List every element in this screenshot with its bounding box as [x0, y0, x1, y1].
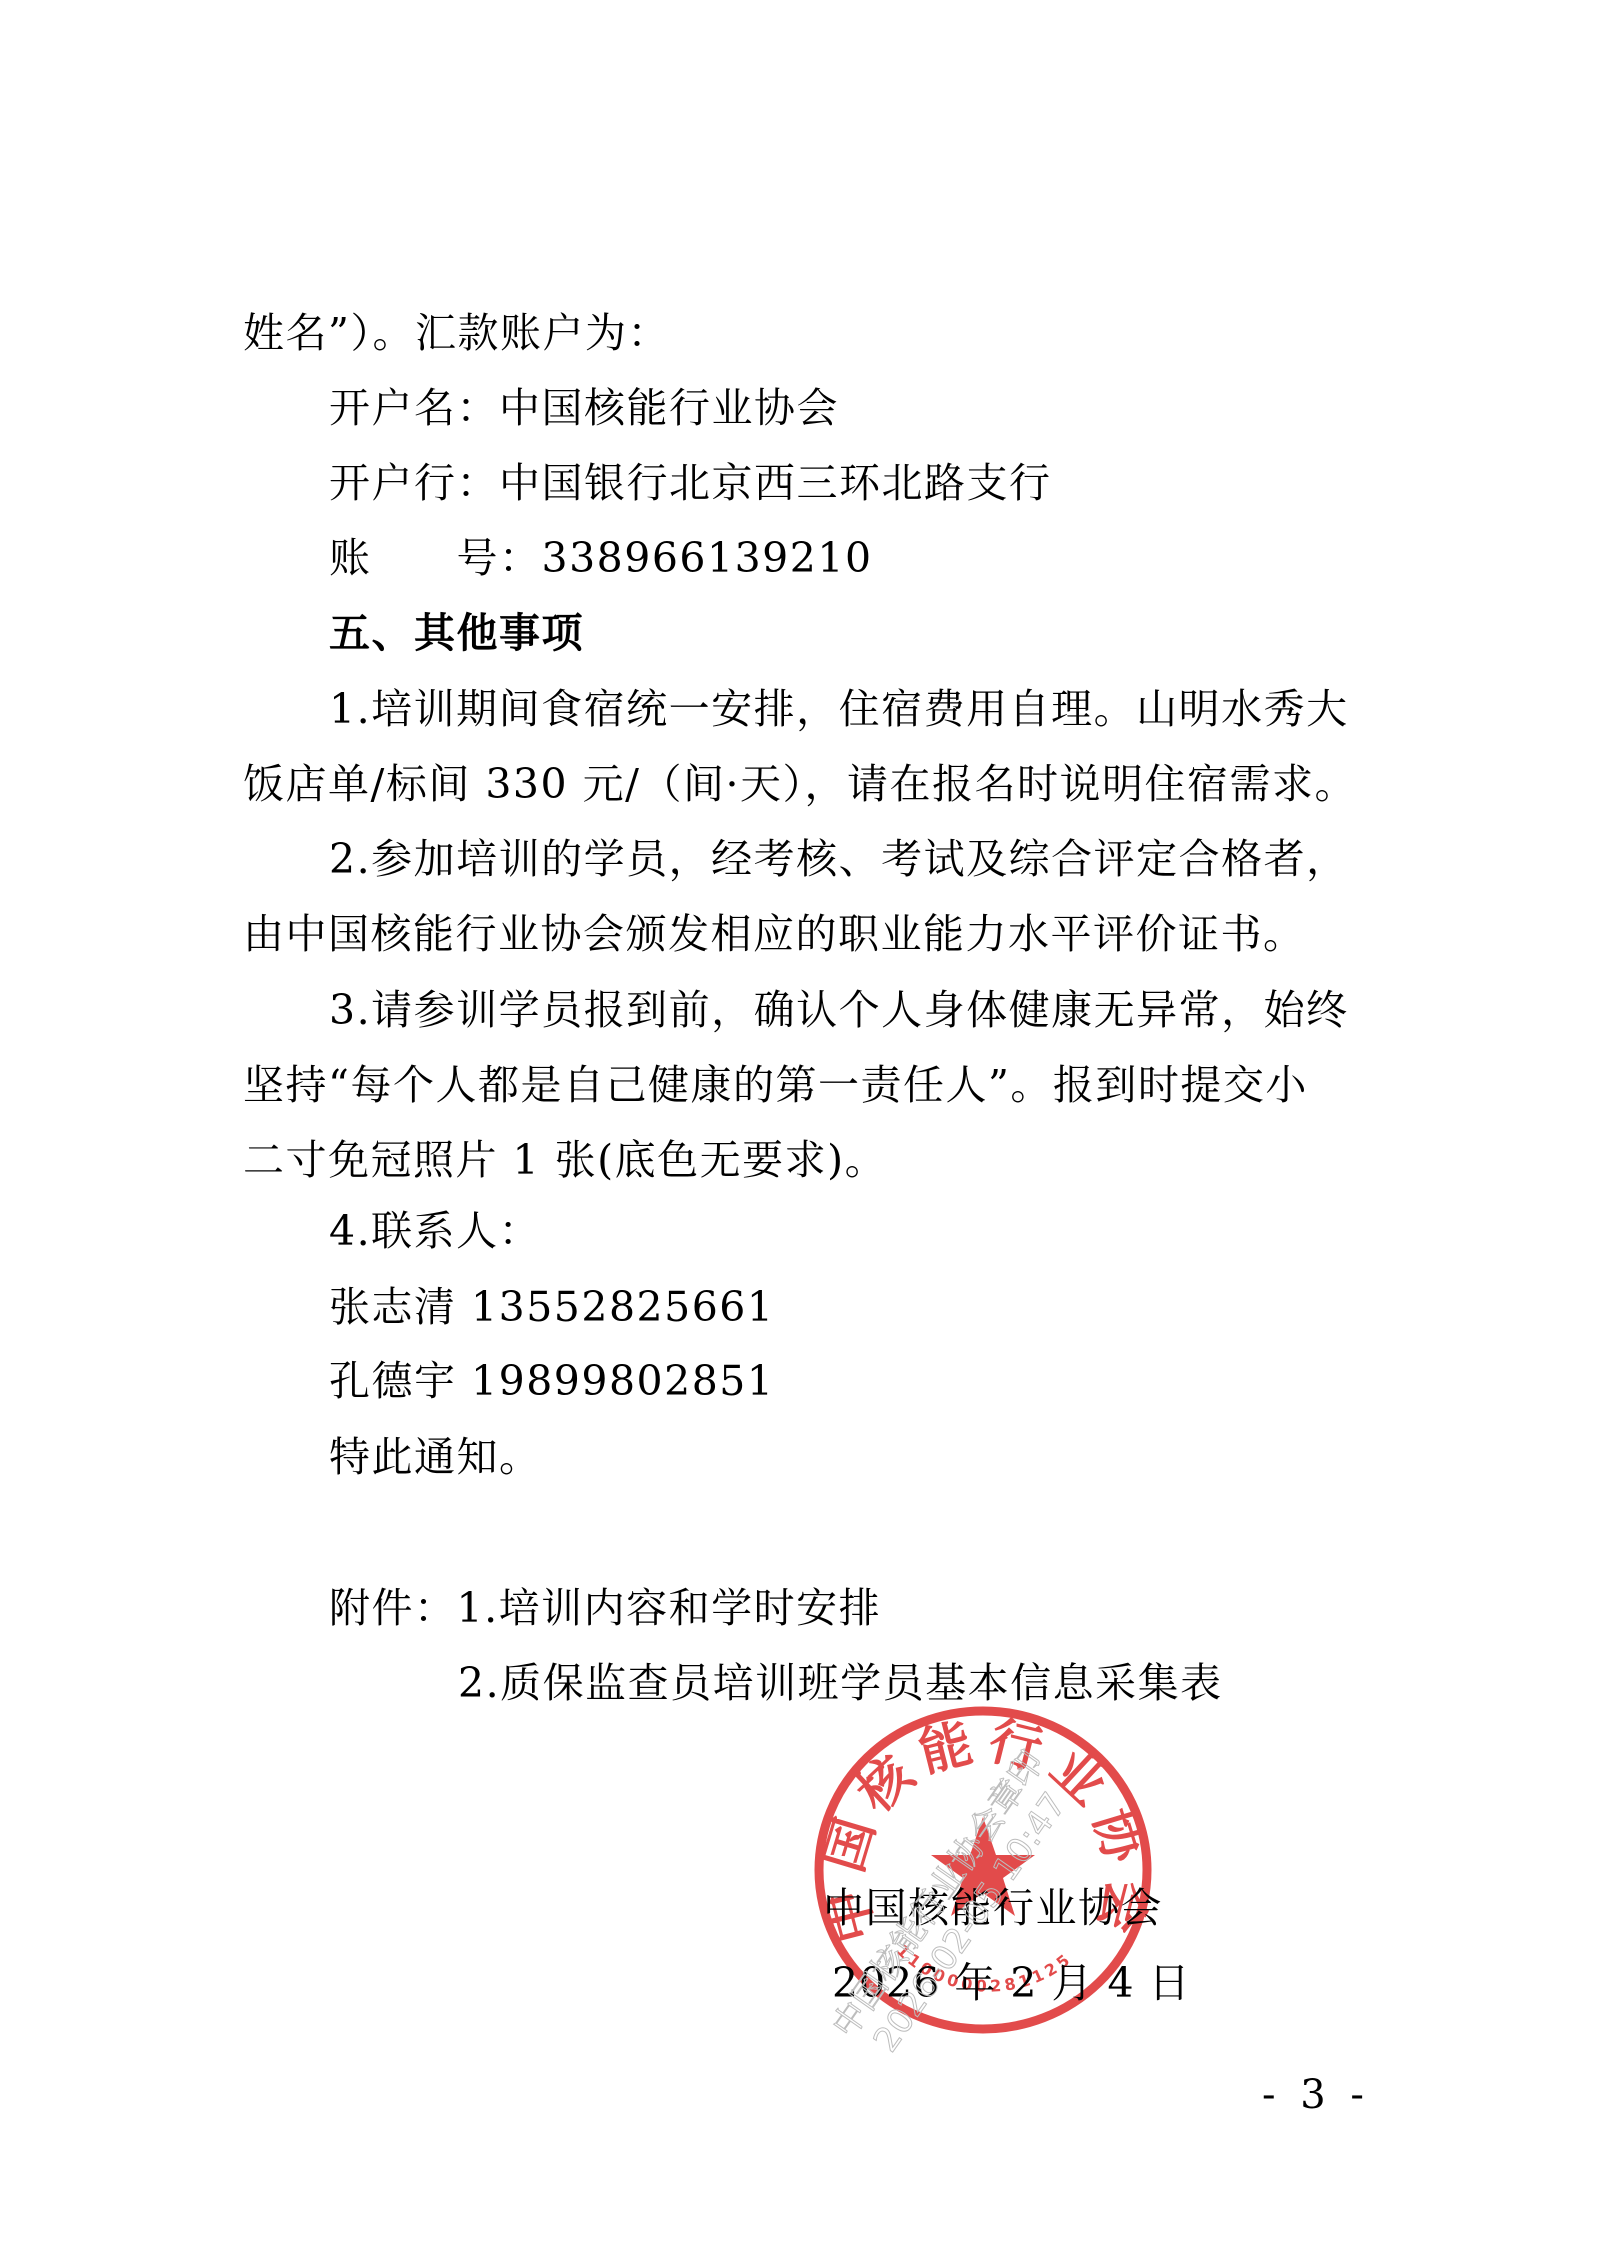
page-number: - 3 -	[1262, 2070, 1370, 2120]
account-name-line: 开户名：中国核能行业协会	[329, 370, 839, 446]
document-page: 姓名”）。汇款账户为： 开户名：中国核能行业协会 开户行：中国银行北京西三环北路…	[0, 0, 1600, 2262]
item-3-line-1: 3.请参训学员报到前，确认个人身体健康无异常，始终	[329, 972, 1349, 1048]
item-2-line-1: 2.参加培训的学员，经考核、考试及综合评定合格者，	[329, 821, 1349, 897]
item-2-line-2: 由中国核能行业协会颁发相应的职业能力水平评价证书。	[243, 896, 1306, 972]
attachments-label: 附件：	[329, 1584, 457, 1632]
paragraph-line: 姓名”）。汇款账户为：	[243, 295, 670, 371]
item-1-line-1: 1.培训期间食宿统一安排，住宿费用自理。山明水秀大	[329, 671, 1349, 747]
bank-line: 开户行：中国银行北京西三环北路支行	[329, 445, 1052, 521]
account-number-line: 账 号：338966139210	[329, 520, 873, 596]
signature-organization: 中国核能行业协会	[823, 1870, 1163, 1946]
item-4-contacts-label: 4.联系人：	[329, 1193, 541, 1269]
contact-2: 孔德宇 19899802851	[329, 1343, 774, 1419]
attachment-item-1: 1.培训内容和学时安排	[457, 1584, 882, 1632]
item-3-line-3: 二寸免冠照片 1 张(底色无要求)。	[243, 1122, 887, 1198]
item-3-line-2: 坚持“每个人都是自己健康的第一责任人”。报到时提交小	[243, 1047, 1308, 1123]
item-1-line-2: 饭店单/标间 330 元/（间·天），请在报名时说明住宿需求。	[243, 746, 1357, 822]
attachments-block: 附件：1.培训内容和学时安排	[329, 1570, 881, 1646]
signature-date: 2026 年 2 月 4 日	[832, 1945, 1191, 2021]
closing-line: 特此通知。	[329, 1419, 542, 1495]
contact-1: 张志清 13552825661	[329, 1269, 774, 1345]
section-heading: 五、其他事项	[329, 595, 584, 671]
